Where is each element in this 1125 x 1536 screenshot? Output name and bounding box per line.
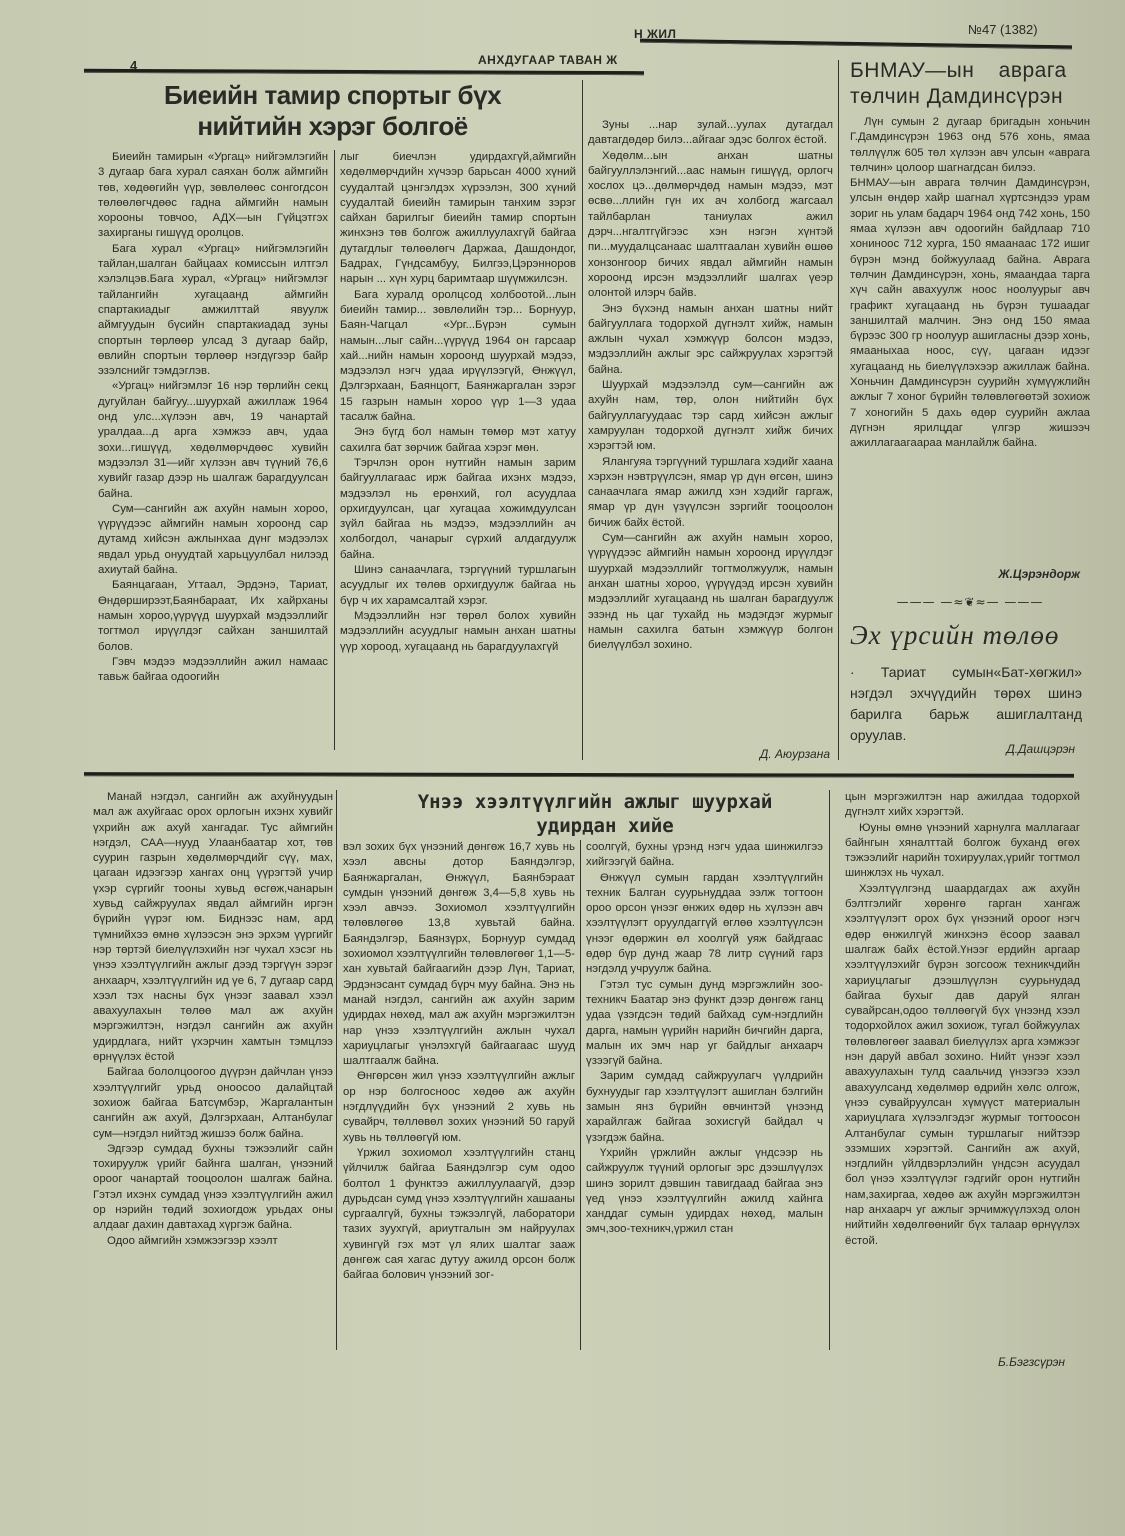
dairy-author: Б.Бэгзсүрэн	[900, 1355, 1065, 1369]
mothers-article-title: Эх үрсийн төлөө	[850, 620, 1090, 651]
column-divider	[829, 790, 830, 1350]
paragraph: «Ургац» нийгэмлэг 16 нэр төрлийн секц ду…	[98, 379, 328, 501]
paragraph: Манай нэгдэл, сангийн аж ахуйнуудын мал …	[93, 790, 333, 1065]
paragraph: Хээлтүүлгэнд шаардагдах аж ахуйн бэлтгэл…	[845, 882, 1080, 1249]
paragraph: Биеийн тамирын «Ургац» нийгэмлэгийн 3 ду…	[98, 150, 328, 242]
sport-article-title: Биеийн тамир спортыг бүх нийтийн хэрэг б…	[95, 80, 570, 142]
paragraph: БНМАУ—ын аврага төлчин Дамдинсүрэн, улсы…	[850, 176, 1090, 451]
paragraph: Тэрчлэн орон нутгийн намын зарим байгуул…	[340, 456, 576, 563]
sport-author: Д. Аюурзана	[640, 747, 830, 761]
paragraph: Баянцагаан, Угтаал, Эрдэнэ, Тариат, Өндө…	[98, 578, 328, 654]
dairy-column-1: Манай нэгдэл, сангийн аж ахуйнуудын мал …	[93, 790, 333, 1370]
paragraph: Мэдээллийн нэг төрөл болох хувийн мэдээл…	[340, 609, 576, 655]
dairy-title-line1: Үнээ хээлтүүлгийн ажлыг шуурхай	[380, 790, 810, 814]
paragraph: Зарим сумдад сайжруулагч үүлдрийн бухнуу…	[586, 1069, 823, 1145]
paragraph: Шинэ санаачлага, тэргүүний туршлагын асу…	[340, 563, 576, 609]
mothers-body: · Тариат сумын«Бат-хөгжил» нэгдэл эхчүүд…	[850, 662, 1082, 746]
paragraph: Сум—сангийн аж ахуйн намын хороо, үүрүүд…	[98, 502, 328, 578]
paragraph: Энэ бүхэнд намын анхан шатны нийт байгуу…	[588, 302, 833, 378]
paragraph: Өнжүүл сумын гардан хээлтүүлгийн техник …	[586, 871, 823, 978]
paragraph: Зуны ...нар зулай...уулах дутагдал давта…	[588, 118, 833, 149]
paragraph: Бага хуралд оролцсод холбоотой...лын бие…	[340, 288, 576, 426]
paragraph: Ялангуяа тэргүүний туршлага хэдийг хаана…	[588, 455, 833, 531]
champion-body: Лүн сумын 2 дугаар бригадын хоньчин Г.Да…	[850, 115, 1090, 565]
paragraph: Юуны өмнө үнээний харнулга маллагааг бай…	[845, 821, 1080, 882]
dairy-column-3: соолгүй, бухны үрэнд нэгч удаа шинжилгээ…	[586, 840, 823, 1370]
paragraph: Эдгээр сумдад бухны тэжээлийг сайн тохир…	[93, 1142, 333, 1234]
sport-title-line2: нийтийн хэрэг болгоё	[95, 111, 570, 142]
paragraph: Гэвч мэдээ мэдээллийн ажил намаас тавьж …	[98, 655, 328, 686]
column-divider	[580, 840, 581, 1350]
column-divider	[838, 60, 839, 760]
paragraph: Одоо аймгийн хэмжээгээр хээлт	[93, 1234, 333, 1249]
paragraph: Үржил зохиомол хээлтүүлгийн станц үйлчил…	[343, 1146, 575, 1284]
issue-number: №47 (1382)	[968, 22, 1038, 37]
paragraph: Үхрийн үржлийн ажлыг үндсээр нь сайжруул…	[586, 1146, 823, 1238]
sport-column-2: лыг биечлэн удирдахгүй,аймгийн хөдөлмөрч…	[340, 150, 576, 755]
champion-title-line2: төлчин Дамдинсүрэн	[850, 84, 1110, 110]
paragraph: Сум—сангийн аж ахуйн намын хороо, үүрүүд…	[588, 531, 833, 653]
paragraph: цын мэргэжилтэн нар ажилдаа тодорхой дүг…	[845, 790, 1080, 821]
column-divider	[336, 790, 337, 1350]
paragraph: Энэ бүгд бол намын төмөр мэт хатуу сахил…	[340, 425, 576, 456]
sport-column-1: Биеийн тамирын «Ургац» нийгэмлэгийн 3 ду…	[98, 150, 328, 750]
ornament-divider: ——— —≈❦≈— ———	[880, 595, 1060, 609]
champion-article-title: БНМАУ—ын аврага төлчин Дамдинсүрэн	[850, 58, 1110, 110]
paragraph: Лүн сумын 2 дугаар бригадын хоньчин Г.Да…	[850, 115, 1090, 176]
sport-title-line1: Биеийн тамир спортыг бүх	[95, 80, 570, 111]
dairy-column-4: цын мэргэжилтэн нар ажилдаа тодорхой дүг…	[845, 790, 1080, 1350]
champion-author: Ж.Цэрэндорж	[900, 567, 1080, 581]
paragraph: · Тариат сумын«Бат-хөгжил» нэгдэл эхчүүд…	[850, 662, 1082, 746]
paragraph: соолгүй, бухны үрэнд нэгч удаа шинжилгээ…	[586, 840, 823, 871]
paragraph: Байгаа бололцоогоо дүүрэн дайчлан үнээ х…	[93, 1065, 333, 1141]
paragraph: Шуурхай мэдээлэлд сум—сангийн аж ахуйн н…	[588, 378, 833, 454]
masthead-left: АНХДУГААР ТАВАН Ж	[478, 53, 618, 67]
paragraph: Өнгөрсөн жил үнээ хээлтүүлгийн ажлыг ор …	[343, 1069, 575, 1145]
column-divider	[334, 150, 335, 750]
paragraph: Хөдөлм...ын анхан шатны байгууллэлэнгий.…	[588, 149, 833, 302]
mothers-author: Д.Дашцэрэн	[900, 742, 1075, 756]
paragraph: Бага хурал «Ургац» нийгэмлэгийн тайлан,ш…	[98, 242, 328, 380]
sport-column-3: Зуны ...нар зулай...уулах дутагдал давта…	[588, 118, 833, 743]
paragraph: Гэтэл тус сумын дунд мэргэжлийн зоо-техн…	[586, 978, 823, 1070]
paragraph: вэл зохих бүх үнээний дөнгөж 16,7 хувь н…	[343, 840, 575, 1069]
dairy-column-2: вэл зохих бүх үнээний дөнгөж 16,7 хувь н…	[343, 840, 575, 1370]
dairy-title-line2: удирдан хийе	[380, 814, 810, 838]
paragraph: лыг биечлэн удирдахгүй,аймгийн хөдөлмөрч…	[340, 150, 576, 288]
dairy-article-title: Үнээ хээлтүүлгийн ажлыг шуурхай удирдан …	[380, 790, 810, 838]
column-divider	[582, 80, 583, 760]
champion-title-line1: БНМАУ—ын аврага	[850, 58, 1110, 84]
